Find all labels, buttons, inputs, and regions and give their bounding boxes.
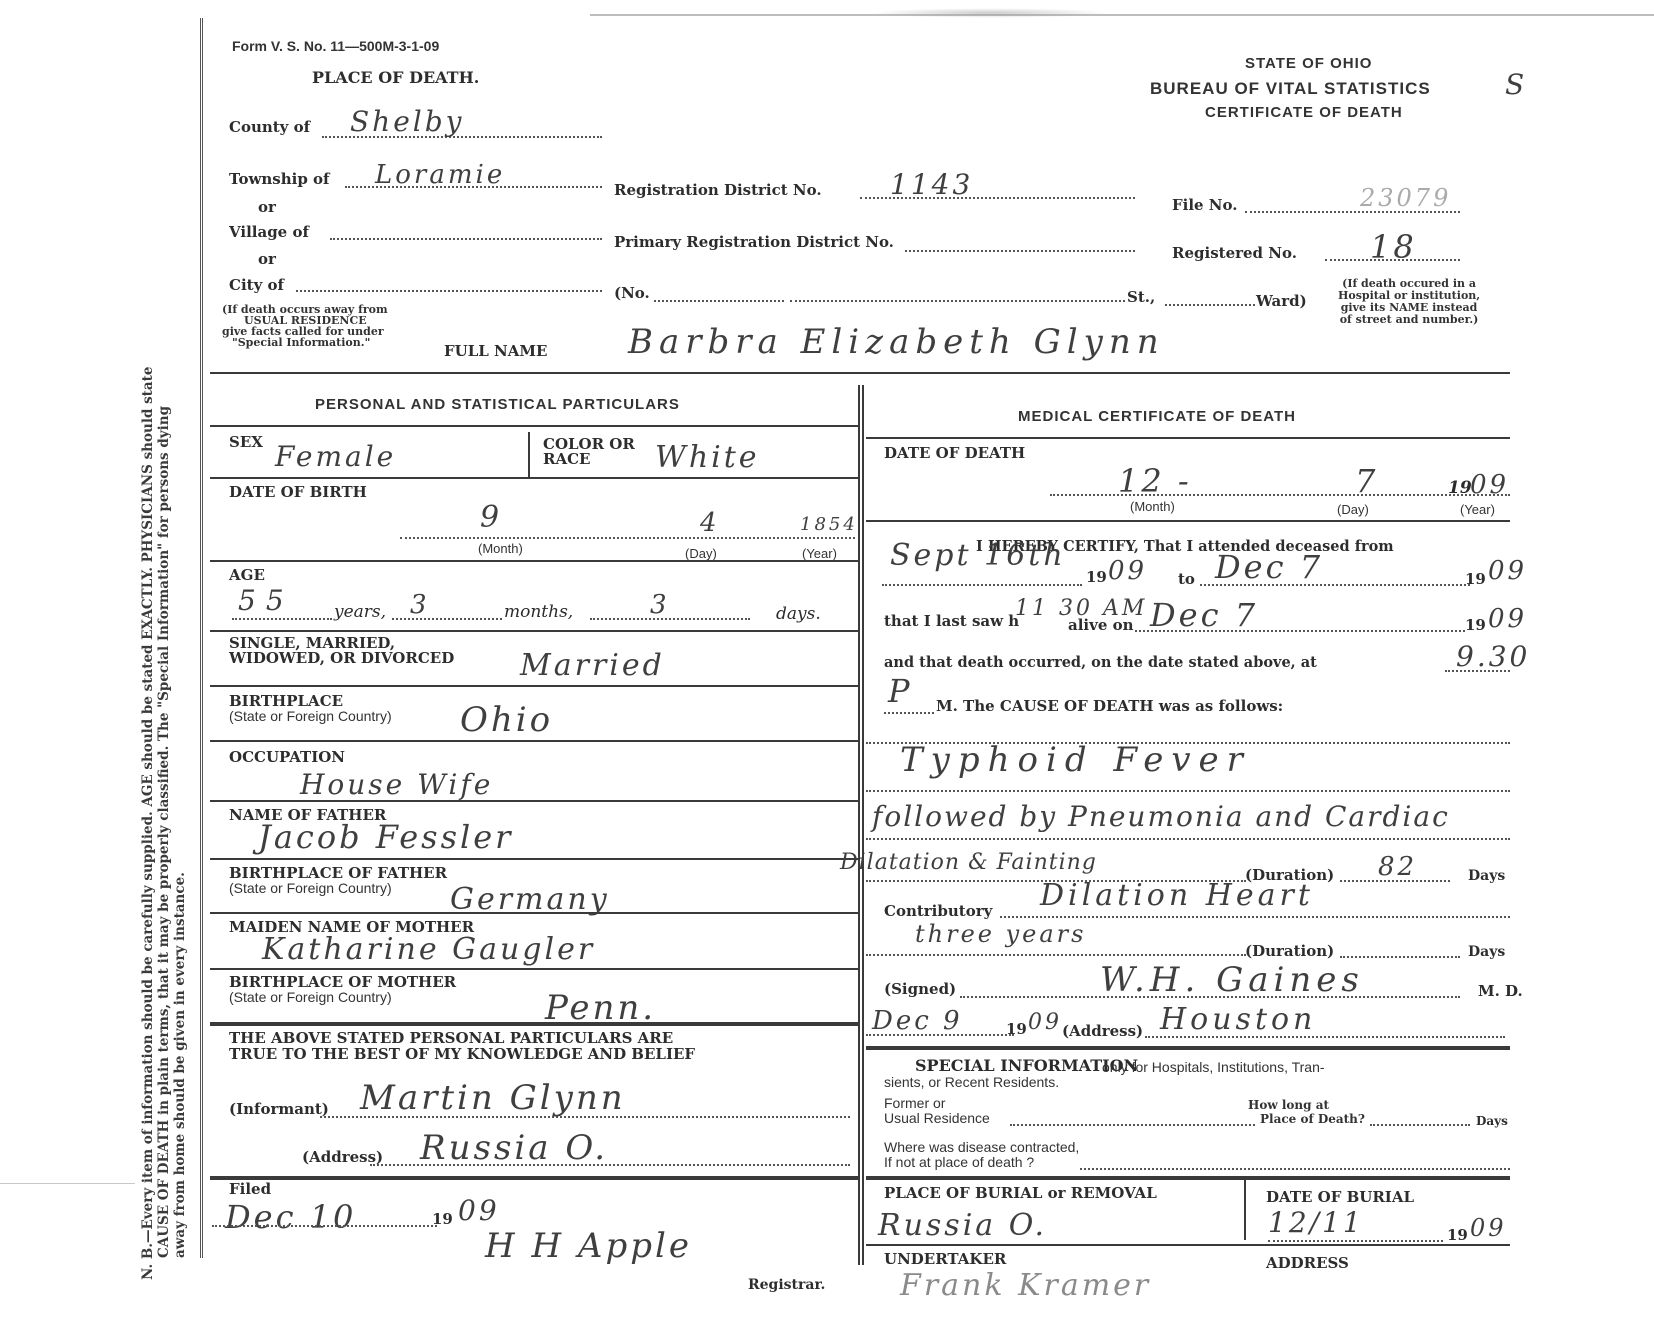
filed-year-prefix: 19 [432,1210,453,1228]
days-label: Days [1468,868,1505,884]
months-label: months, [504,602,573,622]
days-label: days. [776,604,821,624]
registrar-signature[interactable]: H H Apple [485,1226,692,1266]
away-note-line: "Special Information." [222,337,388,348]
reg-district-label: Registration District No. [614,181,822,199]
attended-to-year[interactable]: 09 [1488,556,1527,586]
dod-label: DATE OF DEATH [884,444,1025,462]
divider [866,437,1510,439]
alive-on-year[interactable]: 09 [1488,604,1527,634]
side-instructions: N. B.—Every item of information should b… [140,40,196,1280]
alive-on-value[interactable]: Dec 7 [1150,596,1258,634]
city-line [296,290,602,292]
former-residence-label-line: Former or [884,1096,990,1111]
mother-birthplace-sub: (State or Foreign Country) [229,989,392,1005]
bureau-title: BUREAU OF VITAL STATISTICS [1150,79,1431,99]
side-note-line-2: CAUSE OF DEATH in plain terms, that it m… [156,40,172,1280]
divider [210,968,858,970]
filed-line [212,1225,437,1227]
full-name-value[interactable]: Barbra Elizabeth Glynn [628,322,1165,362]
dob-month[interactable]: 9 [480,500,502,535]
village-line [330,238,602,240]
side-note-line-1: N. B.—Every item of information should b… [140,40,156,1280]
contracted-label: Where was disease contracted, If not at … [884,1140,1079,1170]
scan-smudge [870,8,1110,18]
undertaker-address-label: ADDRESS [1266,1254,1349,1272]
occupation-value[interactable]: House Wife [300,768,493,801]
ward-line [1165,304,1255,306]
signed-value[interactable]: W.H. Gaines [1100,960,1364,1000]
divider [1244,1180,1246,1240]
signed-year-suffix[interactable]: 09 [1028,1010,1062,1035]
street-label: St., [1127,288,1155,306]
burial-place-value[interactable]: Russia O. [878,1208,1047,1243]
signed-label: (Signed) [884,980,956,998]
divider [210,477,858,479]
dob-line [400,537,855,539]
father-birthplace-sub: (State or Foreign Country) [229,880,392,896]
street-name-line [790,300,1125,302]
township-value[interactable]: Loramie [375,160,505,190]
full-name-label: FULL NAME [444,342,547,360]
cause-text: M. The CAUSE OF DEATH was as follows: [936,697,1283,715]
age-label: AGE [229,566,265,584]
burial-year-suffix[interactable]: 09 [1470,1214,1507,1242]
attended-from[interactable]: Sept 16th [890,538,1066,573]
divider [210,685,858,687]
personal-section-title: PERSONAL AND STATISTICAL PARTICULARS [315,396,680,413]
duration-value[interactable]: 82 [1378,852,1417,882]
how-long-label-line: Place of Death? [1248,1112,1365,1126]
death-time[interactable]: 9.30 [1456,640,1530,673]
contracted-label-line: Where was disease contracted, [884,1140,1079,1155]
center-divider [858,385,864,1265]
village-label: Village of [229,223,309,241]
special-title-rest-2: sients, or Recent Residents. [884,1074,1059,1090]
divider [210,630,858,632]
file-no-label: File No. [1172,196,1238,214]
to-label: to [1178,570,1195,588]
years-label: years, [334,602,386,622]
city-label: City of [229,276,284,294]
last-saw-label: that I last saw h [884,612,1019,630]
burial-date-label: DATE OF BURIAL [1266,1188,1414,1206]
ward-label: Ward) [1256,292,1307,310]
divider [210,560,858,562]
sex-label: SEX [229,433,263,451]
street-no-label: (No. [614,284,650,302]
divider [210,740,858,742]
divider [210,912,858,914]
divider [210,425,858,427]
place-of-death-title: PLACE OF DEATH. [312,68,479,87]
form-number: Form V. S. No. 11—500M-3-1-09 [232,38,439,54]
sex-value[interactable]: Female [275,440,396,473]
dob-label: DATE OF BIRTH [229,483,367,501]
age-years-line [232,618,332,620]
birthplace-sub: (State or Foreign Country) [229,708,392,724]
dod-day[interactable]: 7 [1355,462,1378,500]
informant-value[interactable]: Martin Glynn [360,1078,626,1118]
dod-month[interactable]: 12 - [1118,462,1192,500]
dob-day-caption: (Day) [685,546,717,561]
cause-line-3 [866,838,1510,840]
age-months-line [392,618,502,620]
cause-line-2 [866,790,1510,792]
divider [210,858,858,860]
divider [528,432,530,477]
physician-address-label: (Address) [1062,1022,1143,1040]
or-label-2: or [258,250,276,268]
race-label-line: RACE [543,452,635,467]
how-long-label-line: How long at [1248,1098,1365,1112]
age-days-line [590,618,750,620]
marital-value[interactable]: Married [520,648,665,683]
death-occurred-text: and that death occurred, on the date sta… [884,654,1317,671]
meridian-line [884,712,934,714]
divider [210,1022,858,1026]
race-label: COLOR OR RACE [543,437,635,467]
attestation-line: TRUE TO THE BEST OF MY KNOWLEDGE AND BEL… [229,1046,695,1062]
scan-line [0,1183,135,1184]
occupation-label: OCCUPATION [229,748,345,766]
age-days-value[interactable]: 3 [650,590,670,620]
physician-address-value[interactable]: Houston [1160,1002,1316,1037]
divider [866,1046,1510,1050]
marital-label: SINGLE, MARRIED, WIDOWED, OR DIVORCED [229,636,454,666]
form-left-border [200,18,208,1258]
primary-district-label: Primary Registration District No. [614,233,894,251]
age-years-value[interactable]: 55 [238,584,294,617]
contributory-label: Contributory [884,902,992,920]
undertaker-value[interactable]: Frank Kramer [900,1268,1151,1303]
meridian-value[interactable]: P [888,672,913,710]
cause-line-1-value[interactable]: Typhoid Fever [900,740,1251,780]
filed-date[interactable]: Dec 10 [225,1198,356,1236]
bureau-mark: S [1505,68,1527,101]
filed-year-suffix[interactable]: 09 [458,1194,500,1227]
attended-from-year[interactable]: 09 [1108,556,1147,586]
or-label-1: or [258,198,276,216]
contributory-duration-line [1340,956,1460,958]
street-no-line [654,300,784,302]
township-label: Township of [229,170,329,188]
divider [866,1244,1510,1246]
mother-value[interactable]: Katharine Gaugler [262,932,595,967]
cause-line-2-value[interactable]: followed by Pneumonia and Cardiac [872,800,1450,833]
dob-month-caption: (Month) [478,541,523,556]
signed-date-line [866,1034,1014,1036]
certificate-title: CERTIFICATE OF DEATH [1205,104,1403,121]
filed-label: Filed [229,1180,271,1198]
birthplace-value[interactable]: Ohio [460,700,553,740]
alive-on-year-prefix: 19 [1465,616,1486,634]
away-note: (If death occurs away from USUAL RESIDEN… [222,304,388,348]
contributory-value[interactable]: Dilation Heart [1040,878,1314,913]
attended-to[interactable]: Dec 7 [1215,548,1323,586]
reg-district-value[interactable]: 1143 [890,168,973,201]
state-title: STATE OF OHIO [1245,55,1372,72]
age-months-value[interactable]: 3 [410,590,430,620]
county-value[interactable]: Shelby [350,105,464,138]
burial-place-label: PLACE OF BURIAL or REMOVAL [884,1184,1157,1202]
side-note-line-3: away from home should be given in every … [172,40,188,1280]
contracted-label-line: If not at place of death ? [884,1155,1079,1170]
marital-label-line: WIDOWED, OR DIVORCED [229,651,454,666]
dob-year-caption: (Year) [802,546,837,561]
informant-address-value[interactable]: Russia O. [420,1128,608,1168]
former-residence-label: Former or Usual Residence [884,1096,990,1126]
contributory-duration-label: (Duration) [1245,942,1334,960]
dob-year[interactable]: 1854 [800,514,858,535]
scan-edge-line [590,14,1654,16]
cause-line-3-value[interactable]: Dilatation & Fainting [840,850,1097,875]
divider [210,372,1510,374]
father-value[interactable]: Jacob Fessler [258,818,513,856]
divider [866,1176,1510,1180]
how-long-days-label: Days [1476,1114,1508,1128]
how-long-line [1370,1124,1470,1126]
former-residence-line [1010,1124,1255,1126]
dod-year-prefix: 19 [1448,478,1472,498]
dod-year-caption: (Year) [1460,502,1495,517]
divider [866,520,1510,522]
burial-year-prefix: 19 [1447,1226,1468,1244]
death-certificate-page: N. B.—Every item of information should b… [0,0,1654,1340]
dod-year-suffix[interactable]: 09 [1470,470,1509,500]
signed-year-prefix: 19 [1006,1020,1027,1038]
contracted-line [1080,1168,1510,1170]
attended-from-line [882,584,1082,586]
dod-month-caption: (Month) [1130,499,1175,514]
attended-from-year-prefix: 19 [1086,568,1107,586]
registrar-label: Registrar. [748,1277,825,1293]
special-title-rest-1: only for Hospitals, Institutions, Tran- [1102,1059,1325,1075]
informant-label: (Informant) [229,1100,329,1118]
county-label: County of [229,118,310,136]
hospital-note: (If death occured in a Hospital or insti… [1338,278,1480,326]
contributory-days-label: Days [1468,944,1505,960]
burial-date-line [1268,1240,1443,1242]
dod-day-caption: (Day) [1337,502,1369,517]
primary-district-line [905,250,1135,252]
registered-no-label: Registered No. [1172,244,1297,262]
signed-date[interactable]: Dec 9 [872,1006,963,1036]
attended-to-year-prefix: 19 [1465,570,1486,588]
divider [210,800,858,802]
attestation-line: THE ABOVE STATED PERSONAL PARTICULARS AR… [229,1030,695,1046]
contributory-line-b [866,954,1246,956]
divider [210,1176,858,1180]
hospital-note-line: of street and number.) [1338,314,1480,326]
how-long-label: How long at Place of Death? [1248,1098,1365,1126]
burial-date-value[interactable]: 12/11 [1268,1206,1364,1239]
dob-day[interactable]: 4 [700,508,720,538]
race-value[interactable]: White [655,440,760,475]
registered-no-value[interactable]: 18 [1370,228,1417,266]
attestation: THE ABOVE STATED PERSONAL PARTICULARS AR… [229,1030,695,1062]
alive-on-label: alive on [1068,616,1134,634]
md-label: M. D. [1478,982,1523,1000]
contributory-line-2[interactable]: three years [915,920,1086,948]
medical-section-title: MEDICAL CERTIFICATE OF DEATH [1018,408,1296,425]
file-no-value[interactable]: 23079 [1360,184,1451,212]
former-residence-label-line: Usual Residence [884,1111,990,1126]
undertaker-label: UNDERTAKER [884,1250,1006,1268]
contributory-line [1000,916,1510,918]
